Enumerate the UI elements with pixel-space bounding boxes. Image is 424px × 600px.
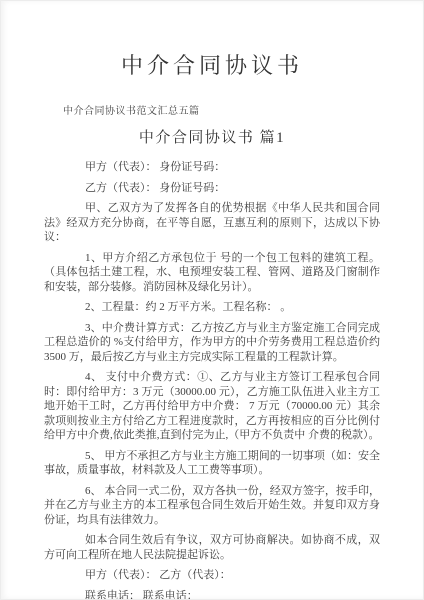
section-heading: 中介合同协议书 篇1 [1, 126, 423, 147]
paragraph: 乙方（代表）： 身份证号码： [44, 181, 380, 196]
paragraph: 甲、乙双方为了发挥各自的优势根据《中华人民共和国合同法》经双方充分协商，在平等自… [44, 201, 380, 245]
paragraph: 联系电话： 联系电话： [44, 589, 380, 600]
paragraph: 6、 本合同一式二份，双方各执一份，经双方签字，按手印，并在乙方与业主方的本工程… [44, 484, 380, 528]
paragraph: 5、 甲方不承担乙方与业主方施工期间的一切事项（如：安全事故，质量事故，材料款及… [44, 449, 380, 478]
paragraph: 3、中介费计算方式：乙方按乙方与业主方鉴定施工合同完成工程总造价的 %支付给甲方… [44, 321, 380, 365]
document-title: 中介合同协议书 [1, 49, 423, 80]
paragraph: 如本合同生效后有争议，双方可协商解决。如协商不成，双方可向工程所在地人民法院提起… [44, 533, 380, 562]
paragraph: 甲方（代表）： 乙方（代表）： [44, 568, 380, 583]
document-subtitle: 中介合同协议书范文汇总五篇 [1, 102, 423, 117]
document-page: 中介合同协议书 中介合同协议书范文汇总五篇 中介合同协议书 篇1 甲方（代表）：… [0, 0, 424, 600]
paragraph: 2、工程量：约 2 万平方米。工程名称： 。 [44, 300, 380, 315]
paragraph: 甲方（代表）： 身份证号码： [44, 160, 380, 175]
document-body: 甲方（代表）： 身份证号码：乙方（代表）： 身份证号码：甲、乙双方为了发挥各自的… [1, 147, 423, 600]
paragraph: 1、甲方介绍乙方承包位于 号的一个包工包料的建筑工程。（具体包括土建工程，水、电… [44, 251, 380, 295]
paragraph: 4、 支付中介费方式：①、乙方与业主方签订工程承包合同时：即付给甲方：3 万元（… [44, 370, 380, 443]
